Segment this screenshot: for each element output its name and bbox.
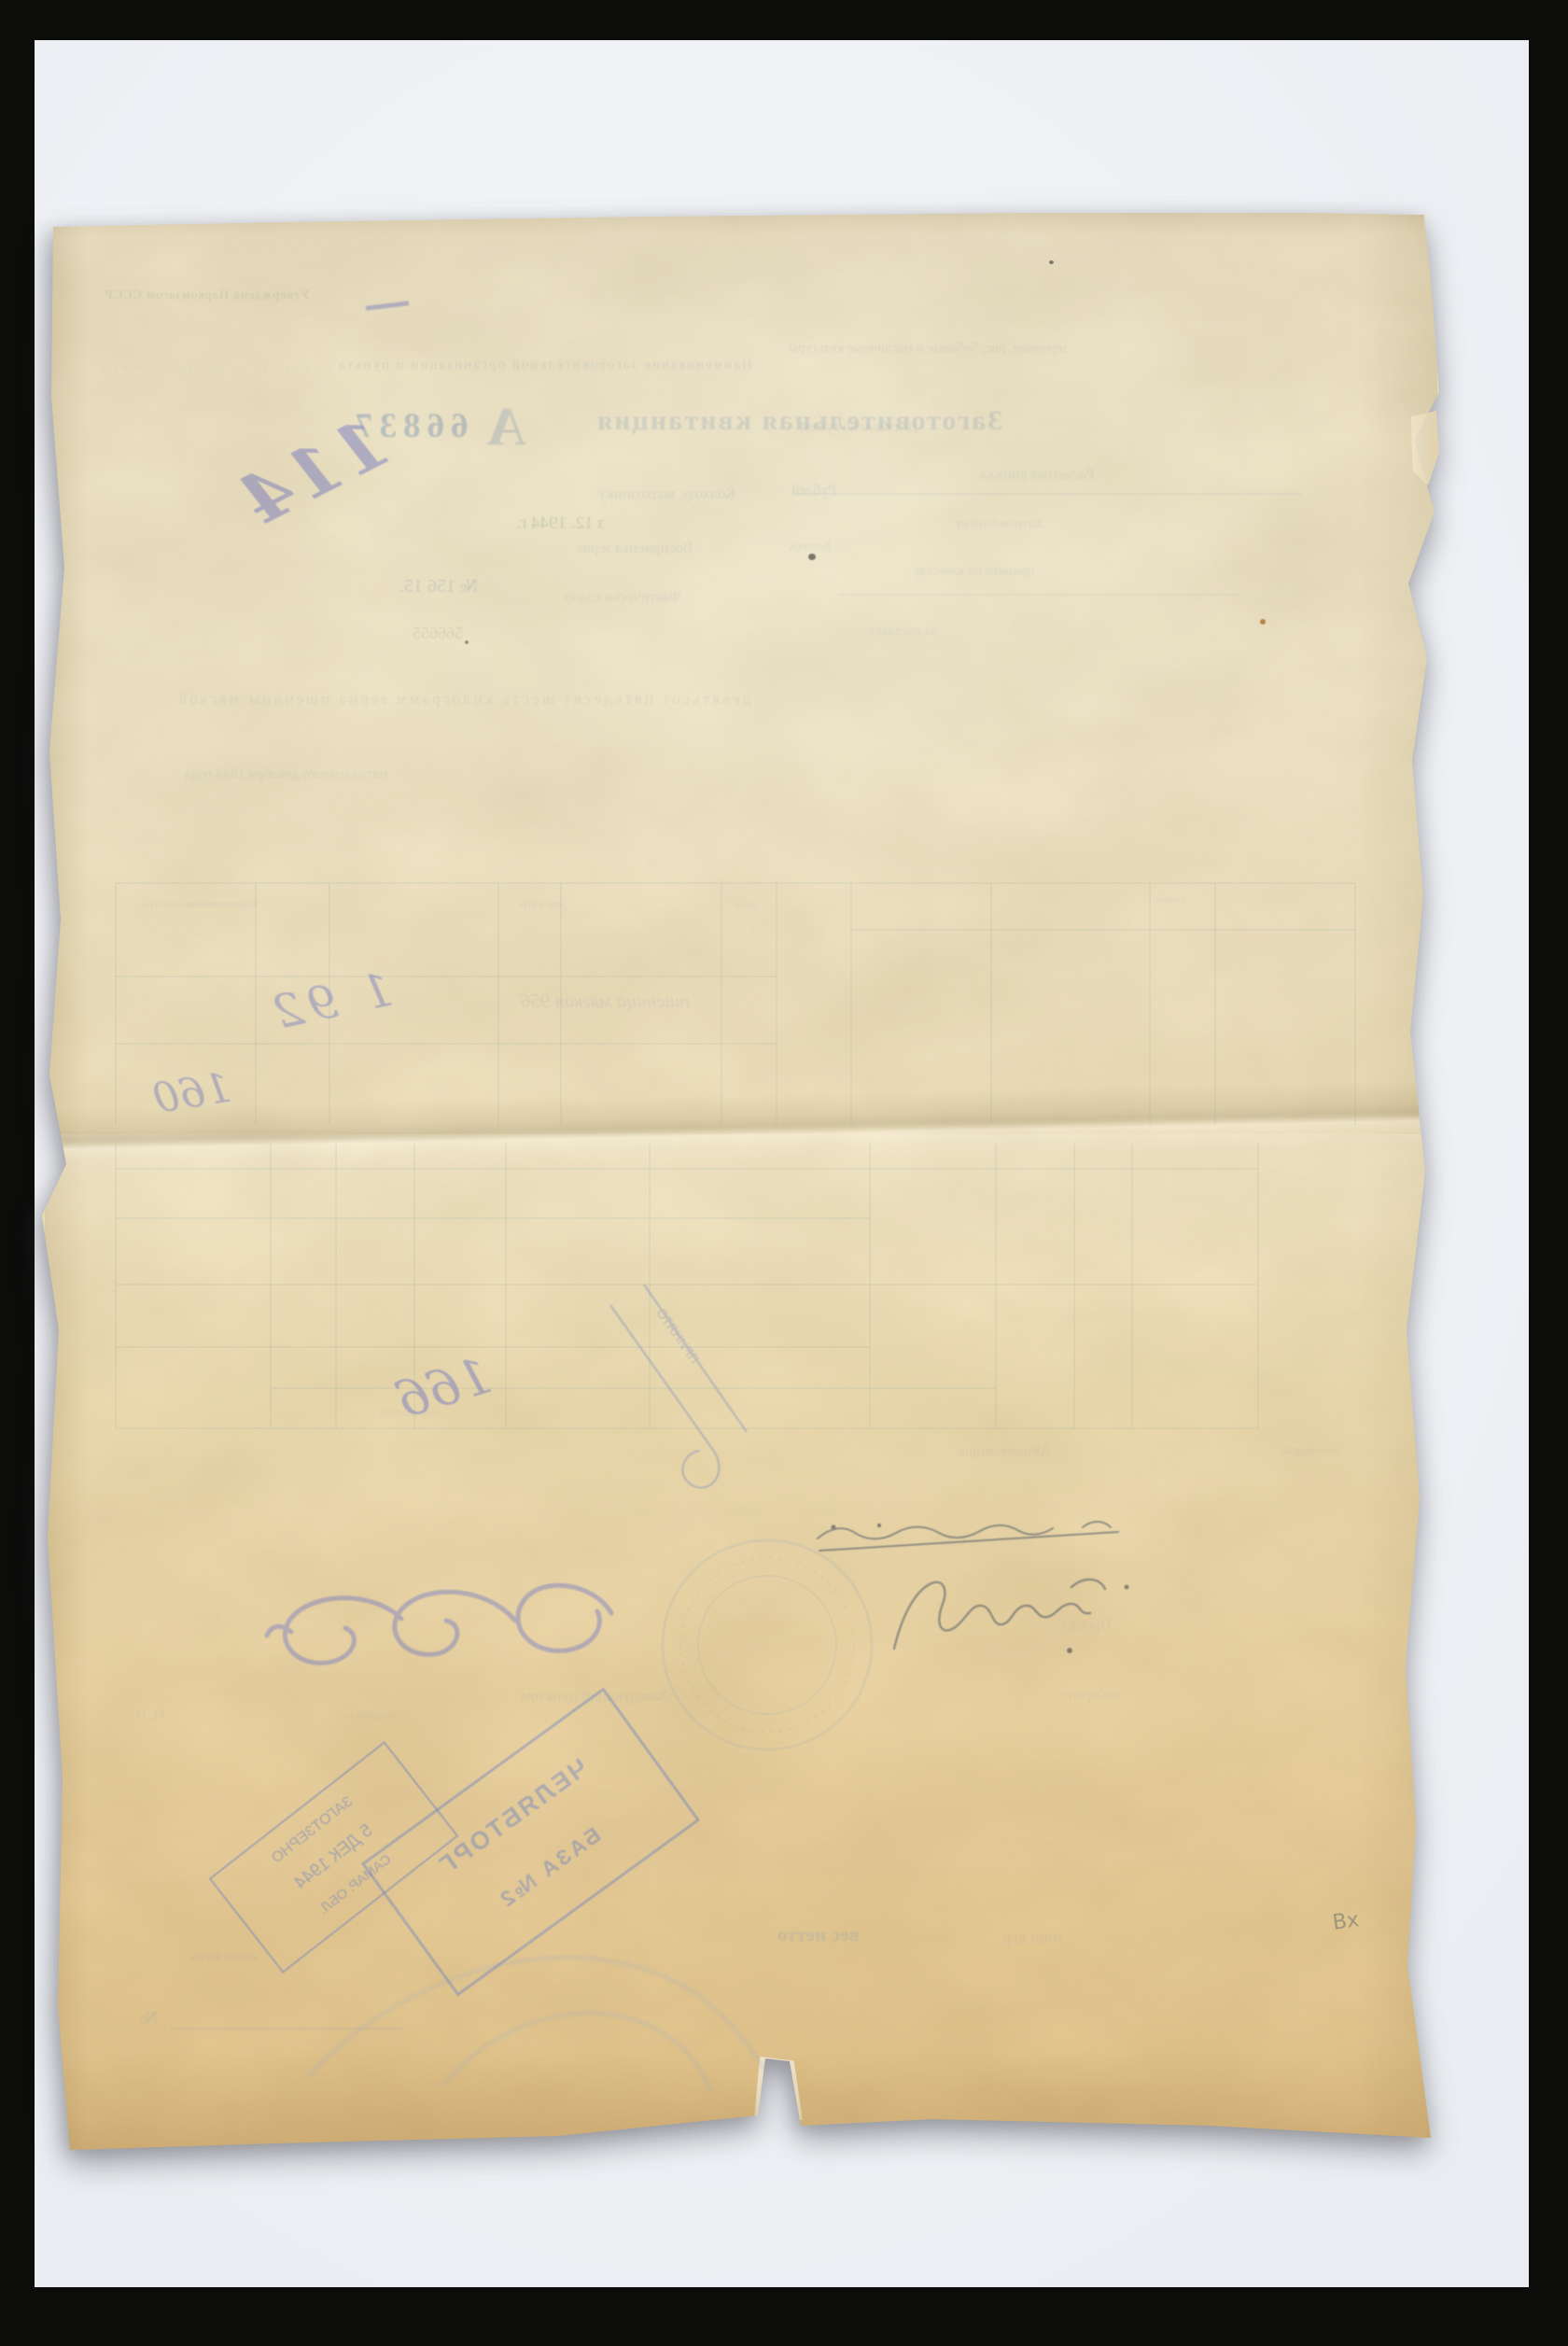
speck-white-smudge [332, 114, 362, 123]
scanned-document-photo: ПРИНЯТО [0, 0, 1568, 2346]
stamps-layer: ЗАГОТЗЕРНО5 ДЕК 1944САМАР. ОБЛ.ЧЕЛЯБТОРГ… [0, 0, 1568, 2346]
speck-white-fleck [356, 189, 370, 199]
paper-sheet: ПРИНЯТО [0, 0, 1568, 2346]
rect-stamp-right: ЧЕЛЯБТОРГБАЗА №2 [361, 1687, 700, 1996]
paper-sheet-wrap: ПРИНЯТО [0, 0, 1568, 2346]
